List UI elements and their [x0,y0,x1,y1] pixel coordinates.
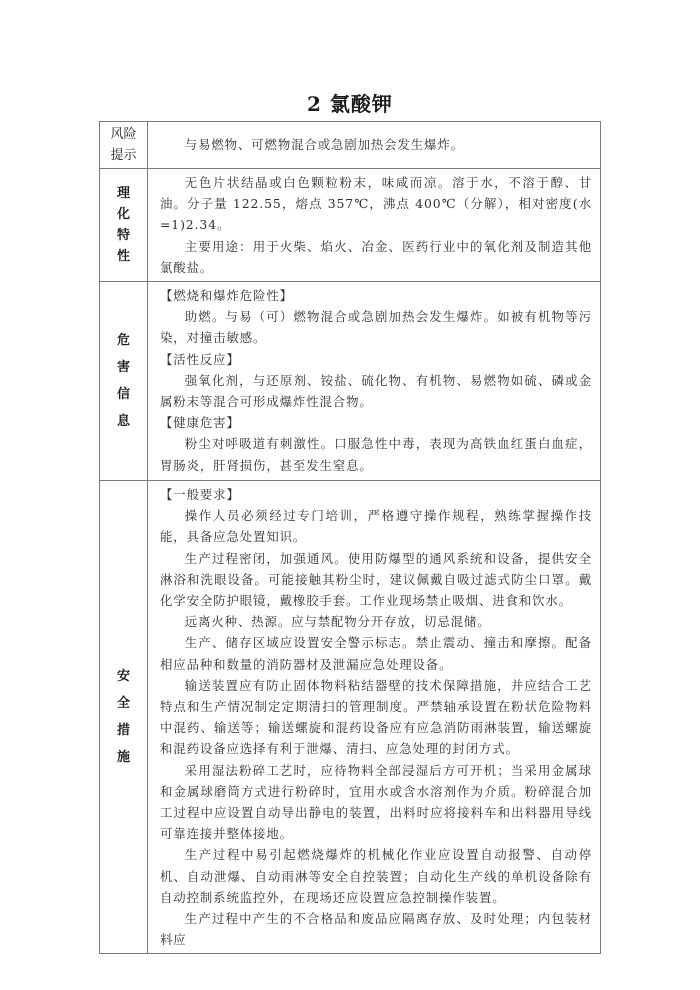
safety-paragraph: 采用湿法粉碎工艺时，应待物料全部浸湿后方可开机；当采用金属球和金属球磨筒方式进行… [160,760,592,845]
safety-paragraph: 生产过程中产生的不合格品和废品应隔离存放、及时处理；内包装材料应 [160,908,592,950]
page-title: 2 氯酸钾 [0,88,700,117]
risk-label-cell: 风险提示 [100,122,148,169]
hazard-row: 危害信息 【燃烧和爆炸危险性】 助燃。与易（可）燃物混合或急剧加热会发生爆炸。如… [100,282,601,481]
safety-paragraph: 远离火种、热源。应与禁配物分开存放，切忌混储。 [160,611,592,632]
properties-content-cell: 无色片状结晶或白色颗粒粉末，味咸而凉。溶于水，不溶于醇、甘油。分子量 122.5… [148,169,601,282]
chemical-safety-table: 风险提示 与易燃物、可燃物混合或急剧加热会发生爆炸。 理化特性 无色片状结晶或白… [99,121,601,954]
safety-paragraph: 输送装置应有防止固体物料粘结器壁的技术保障措施，并应结合工艺特点和生产情况制定定… [160,675,592,760]
safety-paragraph: 生产过程密闭，加强通风。使用防爆型的通风系统和设备，提供安全淋浴和洗眼设备。可能… [160,548,592,612]
properties-label-cell: 理化特性 [100,169,148,282]
safety-general-heading: 【一般要求】 [160,484,592,505]
hazard-label-cell: 危害信息 [100,282,148,481]
risk-text: 与易燃物、可燃物混合或急剧加热会发生爆炸。 [160,134,592,155]
risk-content-cell: 与易燃物、可燃物混合或急剧加热会发生爆炸。 [148,122,601,169]
safety-label: 安全措施 [117,663,131,771]
properties-label: 理化特性 [117,183,131,267]
risk-label: 风险提示 [110,124,138,166]
properties-description: 无色片状结晶或白色颗粒粉末，味咸而凉。溶于水，不溶于醇、甘油。分子量 122.5… [160,172,592,236]
safety-label-cell: 安全措施 [100,481,148,954]
hazard-health-text: 粉尘对呼吸道有刺激性。口服急性中毒，表现为高铁血红蛋白血症，胃肠炎，肝肾损伤，甚… [160,433,592,475]
hazard-fire-text: 助燃。与易（可）燃物混合或急剧加热会发生爆炸。如被有机物等污染，对撞击敏感。 [160,306,592,348]
hazard-reactivity-text: 强氧化剂，与还原剂、铵盐、硫化物、有机物、易燃物如硫、磷或金属粉末等混合可形成爆… [160,370,592,412]
safety-paragraph: 生产过程中易引起燃烧爆炸的机械化作业应设置自动报警、自动停机、自动泄爆、自动雨淋… [160,844,592,908]
hazard-fire-heading: 【燃烧和爆炸危险性】 [160,285,592,306]
hazard-reactivity-heading: 【活性反应】 [160,349,592,370]
hazard-label: 危害信息 [117,327,131,435]
properties-row: 理化特性 无色片状结晶或白色颗粒粉末，味咸而凉。溶于水，不溶于醇、甘油。分子量 … [100,169,601,282]
safety-paragraph: 操作人员必须经过专门培训，严格遵守操作规程，熟练掌握操作技能，具备应急处置知识。 [160,505,592,547]
properties-usage: 主要用途：用于火柴、焰火、冶金、医药行业中的氧化剂及制造其他氯酸盐。 [160,236,592,278]
safety-content-cell: 【一般要求】 操作人员必须经过专门培训，严格遵守操作规程，熟练掌握操作技能，具备… [148,481,601,954]
hazard-health-heading: 【健康危害】 [160,412,592,433]
hazard-content-cell: 【燃烧和爆炸危险性】 助燃。与易（可）燃物混合或急剧加热会发生爆炸。如被有机物等… [148,282,601,481]
safety-paragraph: 生产、储存区域应设置安全警示标志。禁止震动、撞击和摩擦。配备相应品种和数量的消防… [160,632,592,674]
safety-row: 安全措施 【一般要求】 操作人员必须经过专门培训，严格遵守操作规程，熟练掌握操作… [100,481,601,954]
risk-row: 风险提示 与易燃物、可燃物混合或急剧加热会发生爆炸。 [100,122,601,169]
